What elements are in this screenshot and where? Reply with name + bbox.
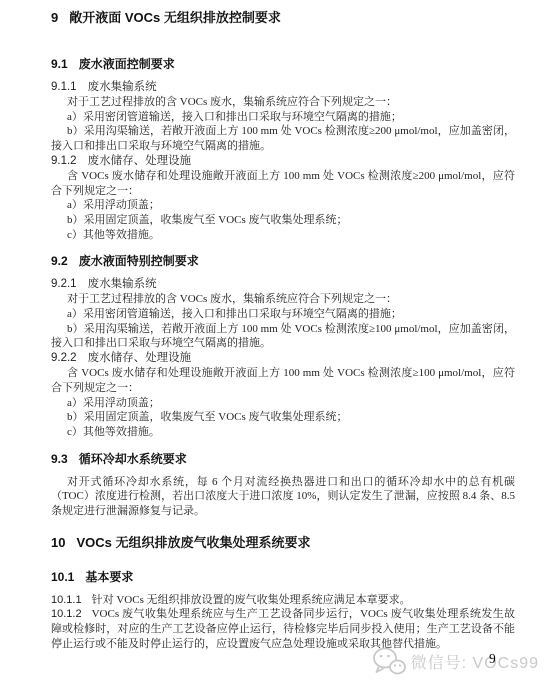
heading-title: VOCs 无组织排放废气收集处理系统要求 [76,535,310,550]
list-item: b）采用固定顶盖，收集废气至 VOCs 废气收集处理系统； [51,213,515,228]
watermark-text: 微信号: VOCs99 [411,650,539,673]
list-item: c）其他等效措施。 [51,228,515,243]
subsection-heading: 9.1.1废水集输系统 [51,80,515,95]
subsection-heading: 9.1.2废水储存、处理设施 [51,154,515,169]
list-item: b）采用沟渠输送，若敞开液面上方 100 mm 处 VOCs 检测浓度≥100 … [51,322,515,351]
paragraph: 含 VOCs 废水储存和处理设施敞开液面上方 100 mm 处 VOCs 检测浓… [51,366,515,395]
heading-title: 敞开液面 VOCs 无组织排放控制要求 [69,10,281,25]
heading-number: 9.1.2 [51,155,77,167]
section-heading: 9.3循环冷却水系统要求 [51,452,515,467]
list-item: b）采用固定顶盖，收集废气至 VOCs 废气收集处理系统； [51,410,515,425]
subsection-heading: 9.2.1废水集输系统 [51,277,515,292]
list-item: a）采用浮动顶盖； [51,396,515,411]
list-item: b）采用沟渠输送，若敞开液面上方 100 mm 处 VOCs 检测浓度≥200 … [51,124,515,153]
section-heading: 9.1废水液面控制要求 [51,57,515,72]
document-content: 9敞开液面 VOCs 无组织排放控制要求 9.1废水液面控制要求 9.1.1废水… [0,0,551,652]
document-page: 9敞开液面 VOCs 无组织排放控制要求 9.1废水液面控制要求 9.1.1废水… [0,0,551,689]
clause-paragraph: 10.1.2VOCs 废气收集处理系统应与生产工艺设备同步运行，VOCs 废气收… [51,607,515,651]
paragraph: 对开式循环冷却水系统，每 6 个月对流经换热器进口和出口的循环冷却水中的总有机碳… [51,475,515,519]
paragraph: 对于工艺过程排放的含 VOCs 废水，集输系统应符合下列规定之一： [51,292,515,307]
heading-number: 9.3 [51,452,68,466]
section-heading: 10.1基本要求 [51,570,515,585]
section-heading: 9.2废水液面特别控制要求 [51,254,515,269]
paragraph: 对于工艺过程排放的含 VOCs 废水，集输系统应符合下列规定之一： [51,95,515,110]
heading-number: 10 [51,535,65,550]
watermark: 微信号: VOCs99 [372,646,539,676]
heading-title: 废水集输系统 [88,81,157,93]
paragraph: 含 VOCs 废水储存和处理设施敞开液面上方 100 mm 处 VOCs 检测浓… [51,169,515,198]
heading-title: 废水液面特别控制要求 [79,254,199,268]
heading-number: 9 [51,10,58,25]
page-number: 9 [489,651,496,667]
heading-number: 10.1 [51,570,74,584]
heading-number: 9.1.1 [51,81,77,93]
list-item: a）采用密闭管道输送，接入口和排出口采取与环境空气隔离的措施； [51,307,515,322]
clause-text: VOCs 废气收集处理系统应与生产工艺设备同步运行，VOCs 废气收集处理系统发… [51,608,515,649]
heading-number: 9.1 [51,57,68,71]
wechat-icon [372,646,406,676]
clause-paragraph: 10.1.1针对 VOCs 无组织排放设置的废气收集处理系统应满足本章要求。 [51,593,515,608]
clause-text: 针对 VOCs 无组织排放设置的废气收集处理系统应满足本章要求。 [92,594,411,606]
heading-title: 废水液面控制要求 [79,57,175,71]
subsection-heading: 9.2.2废水储存、处理设施 [51,351,515,366]
heading-title: 废水储存、处理设施 [88,155,192,167]
list-item: c）其他等效措施。 [51,425,515,440]
heading-title: 循环冷却水系统要求 [79,452,187,466]
heading-number: 9.2 [51,254,68,268]
heading-number: 9.2.2 [51,352,77,364]
chapter-heading: 9敞开液面 VOCs 无组织排放控制要求 [51,10,515,26]
clause-number: 10.1.1 [51,594,82,606]
heading-title: 废水储存、处理设施 [88,352,192,364]
heading-number: 9.2.1 [51,278,77,290]
list-item: a）采用密闭管道输送，接入口和排出口采取与环境空气隔离的措施； [51,110,515,125]
heading-title: 基本要求 [85,570,133,584]
clause-number: 10.1.2 [51,608,82,620]
heading-title: 废水集输系统 [88,278,157,290]
list-item: a）采用浮动顶盖； [51,198,515,213]
chapter-heading: 10VOCs 无组织排放废气收集处理系统要求 [51,535,515,551]
